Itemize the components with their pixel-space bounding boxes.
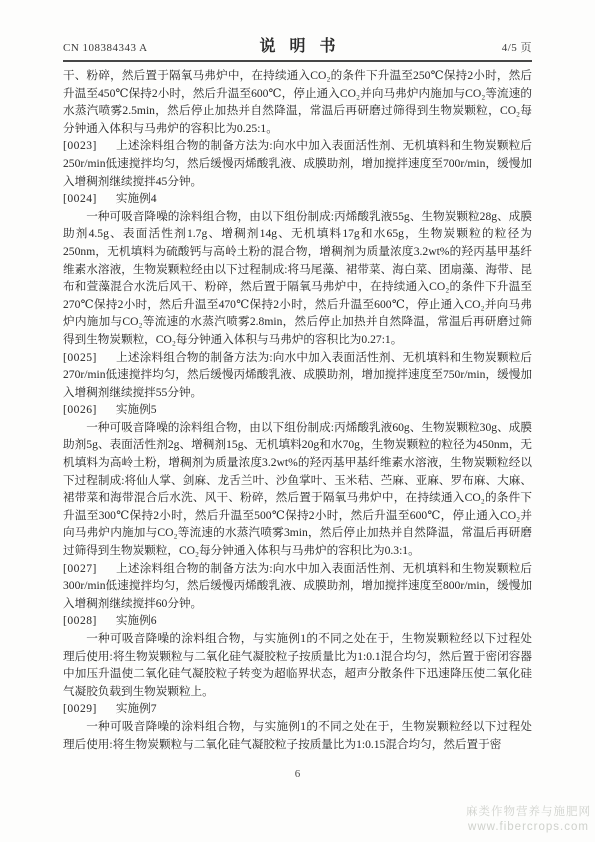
paragraph-number: [0025] (63, 351, 97, 364)
paragraph-text: 上述涂料组合物的制备方法为:向水中加入表面活性剂、无机填料和生物炭颗粒后300r… (63, 562, 532, 610)
watermark: 麻类作物营养与施肥网 www.fibercrops.com (466, 805, 591, 835)
paragraph: 干、粉碎，然后置于隔氧马弗炉中，在持续通入CO₂的条件下升温至250℃保持2小时… (63, 67, 532, 137)
header-divider (63, 60, 532, 62)
paragraph-text: 一种可吸音降噪的涂料组合物，由以下组份制成:丙烯酸乳液60g、生物炭颗粒30g、… (63, 421, 532, 557)
paragraph: 一种可吸音降噪的涂料组合物，与实施例1的不同之处在于，生物炭颗粒经以下过程处理后… (63, 718, 532, 753)
page-header: CN 108384343 A 说明书 4/5 页 (63, 33, 532, 56)
paragraph-text: 上述涂料组合物的制备方法为:向水中加入表面活性剂、无机填料和生物炭颗粒后250r… (63, 139, 532, 187)
paragraph-text: 实施例6 (116, 614, 157, 627)
paragraph: [0027]上述涂料组合物的制备方法为:向水中加入表面活性剂、无机填料和生物炭颗… (63, 560, 532, 613)
paragraph: [0025]上述涂料组合物的制备方法为:向水中加入表面活性剂、无机填料和生物炭颗… (63, 349, 532, 402)
page-number: 6 (0, 768, 595, 780)
paragraph-number: [0029] (63, 702, 97, 715)
paragraph-number: [0028] (63, 614, 97, 627)
paragraph-number: [0024] (63, 192, 97, 205)
paragraph-text: 一种可吸音降噪的涂料组合物，由以下组份制成:丙烯酸乳液55g、生物炭颗粒28g、… (63, 210, 532, 346)
paragraph-number: [0023] (63, 139, 97, 152)
patent-specification-page: CN 108384343 A 说明书 4/5 页 干、粉碎，然后置于隔氧马弗炉中… (0, 0, 595, 842)
paragraph-text: 实施例4 (116, 192, 157, 205)
paragraph-text: 上述涂料组合物的制备方法为:向水中加入表面活性剂、无机填料和生物炭颗粒后270r… (63, 351, 532, 399)
paragraph-number: [0026] (63, 403, 97, 416)
watermark-site-name: 麻类作物营养与施肥网 (466, 805, 591, 820)
paragraph: [0028]实施例6 (63, 612, 532, 630)
paragraph: 一种可吸音降噪的涂料组合物，由以下组份制成:丙烯酸乳液60g、生物炭颗粒30g、… (63, 419, 532, 560)
paragraph-number: [0027] (63, 562, 97, 575)
paragraph-text: 干、粉碎，然后置于隔氧马弗炉中，在持续通入CO₂的条件下升温至250℃保持2小时… (63, 69, 532, 135)
paragraph: [0024]实施例4 (63, 190, 532, 208)
document-title: 说明书 (213, 33, 382, 56)
specification-text: 干、粉碎，然后置于隔氧马弗炉中，在持续通入CO₂的条件下升温至250℃保持2小时… (63, 67, 532, 753)
paragraph: 一种可吸音降噪的涂料组合物，由以下组份制成:丙烯酸乳液55g、生物炭颗粒28g、… (63, 208, 532, 349)
paragraph: [0023]上述涂料组合物的制备方法为:向水中加入表面活性剂、无机填料和生物炭颗… (63, 137, 532, 190)
paragraph: [0026]实施例5 (63, 401, 532, 419)
paragraph-text: 实施例5 (116, 403, 157, 416)
paragraph: 一种可吸音降噪的涂料组合物，与实施例1的不同之处在于，生物炭颗粒经以下过程处理后… (63, 630, 532, 700)
page-indicator: 4/5 页 (382, 39, 532, 55)
paragraph-text: 实施例7 (116, 702, 157, 715)
paragraph-text: 一种可吸音降噪的涂料组合物，与实施例1的不同之处在于，生物炭颗粒经以下过程处理后… (63, 720, 532, 751)
paragraph-text: 一种可吸音降噪的涂料组合物，与实施例1的不同之处在于，生物炭颗粒经以下过程处理后… (63, 632, 532, 698)
patent-number: CN 108384343 A (63, 42, 213, 54)
watermark-site-url: www.fibercrops.com (466, 820, 591, 835)
paragraph: [0029]实施例7 (63, 700, 532, 718)
